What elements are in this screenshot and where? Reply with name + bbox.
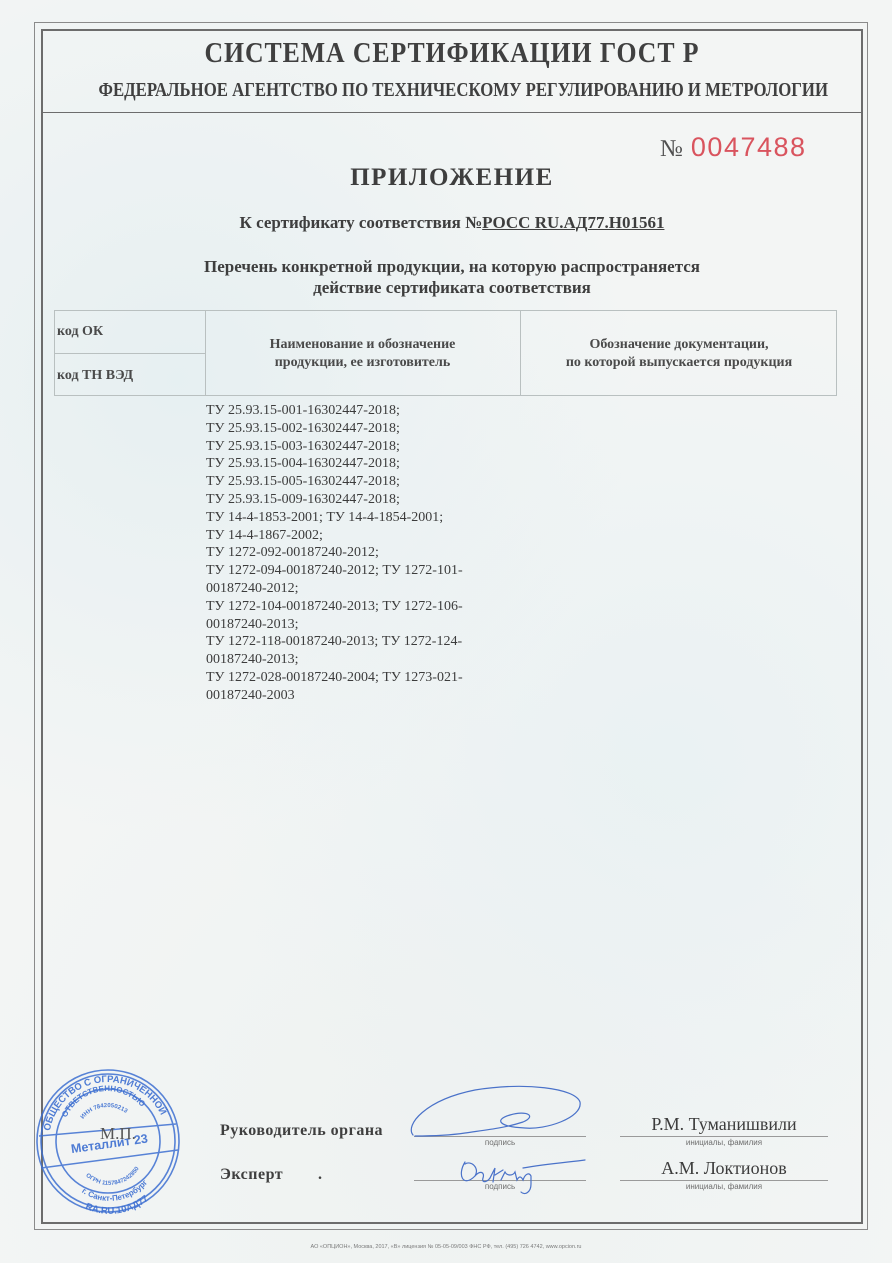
product-table-header: код ОК код ТН ВЭД Наименование и обознач… bbox=[54, 310, 837, 396]
spec-line: ТУ 14-4-1867-2002; bbox=[206, 527, 463, 545]
spec-line: 00187240-2013; bbox=[206, 616, 463, 634]
seal-place-label: М.П. bbox=[100, 1124, 136, 1144]
list-title: Перечень конкретной продукции, на котору… bbox=[41, 256, 863, 298]
col-documentation-line-1: Обозначение документации, bbox=[520, 336, 838, 354]
printer-imprint: АО «ОПЦИОН», Москва, 2017, «В» лицензия … bbox=[0, 1244, 892, 1250]
spec-line: ТУ 25.93.15-005-16302447-2018; bbox=[206, 473, 463, 491]
certificate-number: РОСС RU.АД77.Н01561 bbox=[482, 213, 664, 232]
spec-line: ТУ 1272-118-00187240-2013; ТУ 1272-124- bbox=[206, 633, 463, 651]
list-title-line-2: действие сертификата соответствия bbox=[41, 277, 863, 298]
col-documentation-line-2: по которой выпускается продукция bbox=[520, 354, 838, 372]
specification-list: ТУ 25.93.15-001-16302447-2018;ТУ 25.93.1… bbox=[206, 402, 463, 705]
header-divider bbox=[41, 112, 863, 113]
spec-line: ТУ 1272-092-00187240-2012; bbox=[206, 544, 463, 562]
spec-line: ТУ 1272-104-00187240-2013; ТУ 1272-106- bbox=[206, 598, 463, 616]
spec-line: ТУ 25.93.15-002-16302447-2018; bbox=[206, 420, 463, 438]
spec-line: ТУ 25.93.15-001-16302447-2018; bbox=[206, 402, 463, 420]
col-code-ok: код ОК bbox=[57, 324, 103, 340]
table-divider bbox=[55, 353, 205, 354]
spec-line: ТУ 1272-028-00187240-2004; ТУ 1273-021- bbox=[206, 669, 463, 687]
col-code-tnved: код ТН ВЭД bbox=[57, 368, 133, 384]
form-number: №0047488 bbox=[660, 132, 807, 163]
col-product-name-line-2: продукции, ее изготовитель bbox=[205, 354, 520, 372]
spec-line: ТУ 25.93.15-003-16302447-2018; bbox=[206, 438, 463, 456]
expert-dot: . bbox=[318, 1166, 323, 1184]
handwritten-signatures bbox=[405, 1080, 605, 1200]
col-documentation: Обозначение документации, по которой вып… bbox=[520, 336, 838, 372]
spec-line: ТУ 1272-094-00187240-2012; ТУ 1272-101- bbox=[206, 562, 463, 580]
certificate-reference: К сертификату соответствия №РОСС RU.АД77… bbox=[41, 213, 863, 233]
list-title-line-1: Перечень конкретной продукции, на котору… bbox=[41, 256, 863, 277]
number-sign: № bbox=[660, 136, 683, 162]
expert-name-line bbox=[620, 1180, 828, 1181]
spec-line: ТУ 14-4-1853-2001; ТУ 14-4-1854-2001; bbox=[206, 509, 463, 527]
expert-label: Эксперт bbox=[220, 1166, 283, 1184]
spec-line: 00187240-2003 bbox=[206, 687, 463, 705]
head-name: Р.М. Туманишвили bbox=[620, 1114, 828, 1135]
head-name-line bbox=[620, 1136, 828, 1137]
spec-line: 00187240-2012; bbox=[206, 580, 463, 598]
head-of-body-label: Руководитель органа bbox=[220, 1122, 383, 1140]
form-number-value: 0047488 bbox=[691, 132, 807, 162]
system-title: СИСТЕМА СЕРТИФИКАЦИИ ГОСТ Р bbox=[74, 38, 830, 70]
col-product-name: Наименование и обозначение продукции, ее… bbox=[205, 336, 520, 372]
spec-line: ТУ 25.93.15-004-16302447-2018; bbox=[206, 455, 463, 473]
col-product-name-line-1: Наименование и обозначение bbox=[205, 336, 520, 354]
svg-text:ИНН 7842050213: ИНН 7842050213 bbox=[79, 1100, 130, 1122]
spec-line: ТУ 25.93.15-009-16302447-2018; bbox=[206, 491, 463, 509]
document-title: ПРИЛОЖЕНИЕ bbox=[41, 164, 863, 192]
agency-name: ФЕДЕРАЛЬНОЕ АГЕНТСТВО ПО ТЕХНИЧЕСКОМУ РЕ… bbox=[99, 80, 806, 102]
cert-ref-prefix: К сертификату соответствия № bbox=[240, 213, 483, 232]
expert-name: А.М. Локтионов bbox=[620, 1158, 828, 1179]
expert-name-caption: инициалы, фамилия bbox=[620, 1182, 828, 1191]
head-name-caption: инициалы, фамилия bbox=[620, 1138, 828, 1147]
spec-line: 00187240-2013; bbox=[206, 651, 463, 669]
